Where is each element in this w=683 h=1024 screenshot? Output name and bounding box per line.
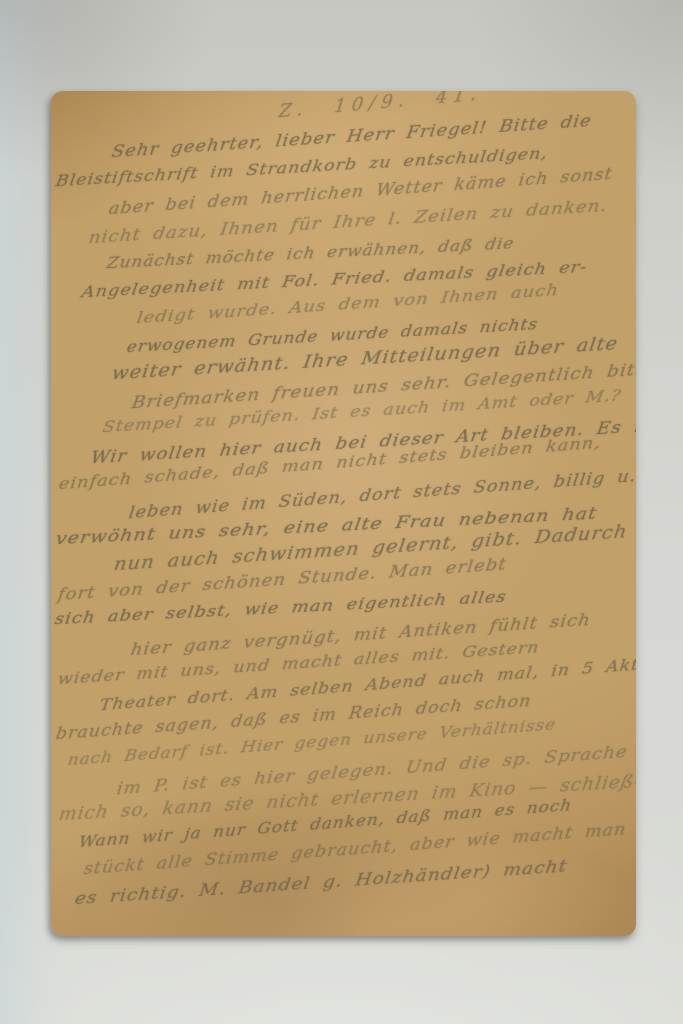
letter-paper: Z. 10/9. 41. Sehr geehrter, lieber Herr … — [51, 91, 636, 936]
